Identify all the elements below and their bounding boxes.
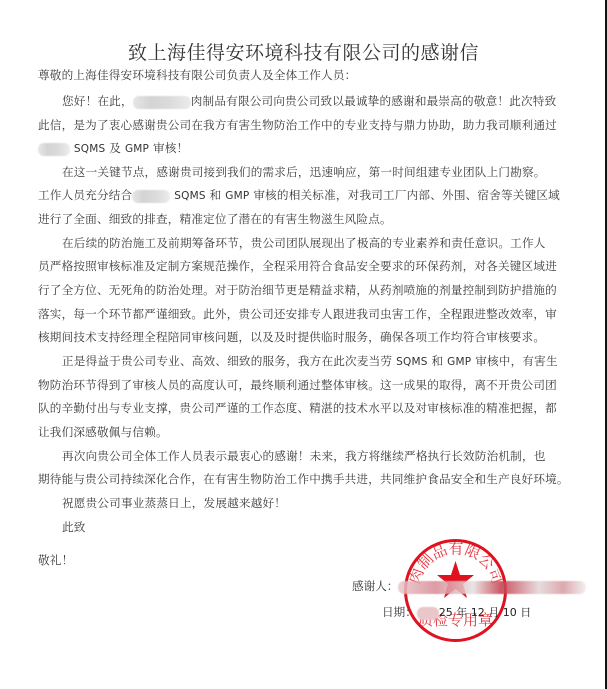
paragraph-4-line-1: 正是得益于贵公司专业、高效、细致的服务，我方在此次麦当劳 SQMS 和 GMP … — [62, 353, 558, 370]
paragraph-2-line-3: 进行了全面、细致的排查，精准定位了潜在的有害生物滋生风险点。 — [38, 211, 392, 227]
paragraph-5-line-1: 再次向贵公司全体工作人员表示最衷心的感谢！未来，我方将继续严格执行长效防治机制，… — [62, 448, 546, 464]
redacted-signer — [398, 581, 586, 594]
text: 审核的相关标准，对我司工厂内部、外围、宿舍等关键区域 — [249, 188, 560, 202]
text: SQMS — [174, 190, 205, 202]
text: 肉制品有限公司向贵公司致以最诚挚的感谢和最崇高的敬意！此次特致 — [191, 94, 557, 108]
paragraph-2-line-2: 工作人员充分结合 SQMS 和 GMP 审核的相关标准，对我司工厂内部、外围、宿… — [38, 187, 560, 204]
letter-title: 致上海佳得安环境科技有限公司的感谢信 — [0, 38, 607, 65]
text: 审核中，有害生 — [471, 354, 557, 368]
date-value: 25 年 12 月 10 日 — [439, 606, 531, 619]
text: SQMS — [396, 356, 427, 368]
salutation: 尊敬的上海佳得安环境科技有限公司负责人及全体工作人员： — [38, 67, 356, 83]
text: GMP — [125, 143, 149, 155]
paragraph-1-line-3: SQMS 及 GMP 审核！ — [38, 140, 188, 157]
text: 审核！ — [149, 141, 188, 155]
paragraph-3-line-3: 行了全方位、无死角的防治处理。对于防治细节更是精益求精，从药剂喷施的剂量控制到防… — [38, 282, 557, 298]
paragraph-2-line-1: 在这一关键节点，感谢贵司接到我们的需求后，迅速响应，第一时间组建专业团队上门勘察… — [62, 164, 546, 180]
closing-cizhi: 此致 — [62, 519, 86, 535]
paragraph-5-line-2: 期待能与贵公司持续深化合作，在有害生物防治工作中携手共进，共同维护食品安全和生产… — [38, 471, 569, 487]
text: 工作人员充分结合 — [38, 188, 132, 202]
signer-label: 感谢人： — [352, 579, 398, 593]
text: 您好！在此， — [62, 94, 133, 108]
text: SQMS — [74, 143, 105, 155]
text: 及 — [105, 141, 125, 155]
paragraph-1-line-1: 您好！在此，肉制品有限公司向贵公司致以最诚挚的感谢和最崇高的敬意！此次特致 — [62, 93, 556, 109]
paragraph-4-line-4: 让我们深感敬佩与信赖。 — [38, 424, 168, 440]
paragraph-1-line-2: 此信，是为了衷心感谢贵公司在我方有害生物防治工作中的专业支持与鼎力协助，助力我司… — [38, 117, 557, 133]
paragraph-4-line-3: 队的辛勤付出与专业支撑，贵公司严谨的工作态度、精湛的技术水平以及对审核标准的精准… — [38, 400, 557, 416]
paragraph-3-line-2: 员严格按照审核标准及定制方案规范操作，全程采用符合食品安全要求的环保药剂，对各关… — [38, 258, 557, 274]
paragraph-3-line-5: 核期间技术支持经理全程陪同审核问题，以及及时提供临时服务，确保各项工作均符合审核… — [38, 329, 545, 345]
closing-jingli: 敬礼！ — [38, 552, 73, 568]
date-label: 日期： — [382, 605, 417, 619]
date-row: 日期：25 年 12 月 10 日 — [382, 604, 531, 620]
redacted-year-prefix — [417, 607, 439, 620]
paragraph-4-line-2: 物防治环节得到了审核人员的高度认可，最终顺利通过整体审核。这一成果的取得，离不开… — [38, 377, 557, 393]
text: 和 — [428, 354, 448, 368]
paragraph-3-line-1: 在后续的防治施工及前期筹备环节，贵公司团队展现出了极高的专业素养和责任意识。工作… — [62, 235, 546, 251]
redacted-name — [132, 190, 170, 203]
redacted-company-name — [133, 96, 191, 109]
paragraph-6: 祝愿贵公司事业蒸蒸日上，发展越来越好！ — [62, 495, 286, 511]
text: 正是得益于贵公司专业、高效、细致的服务，我方在此次麦当劳 — [62, 354, 396, 368]
signer-row: 感谢人： — [352, 578, 586, 594]
paragraph-3-line-4: 落实，每一个环节都严谨细致。此外，贵公司还安排专人跟进我司虫害工作，全程跟进整改… — [38, 306, 557, 322]
text: GMP — [225, 190, 249, 202]
redacted-name — [38, 143, 70, 156]
text: GMP — [447, 356, 471, 368]
text: 和 — [206, 188, 226, 202]
